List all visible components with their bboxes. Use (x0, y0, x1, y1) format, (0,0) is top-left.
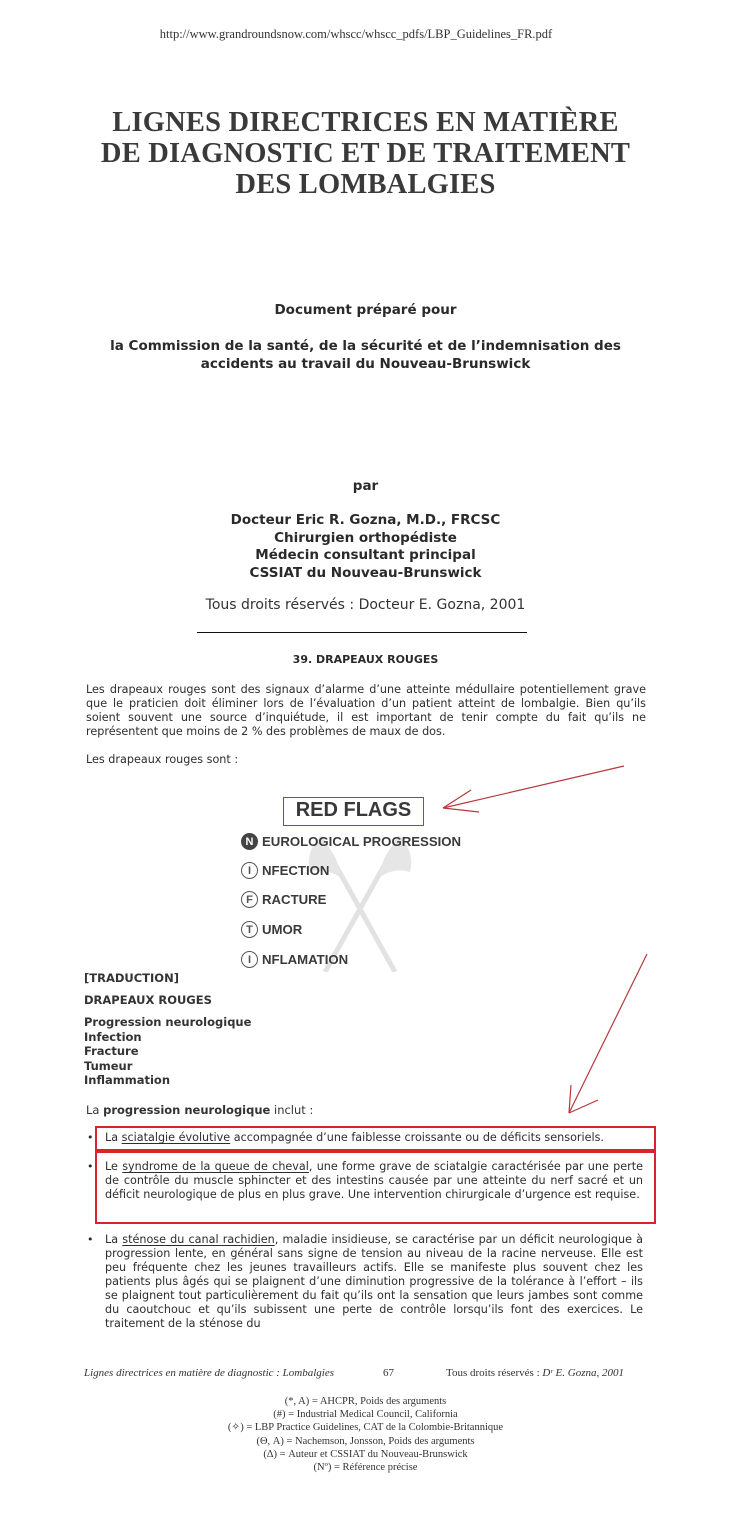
title-line: LIGNES DIRECTRICES EN MATIÈRE (0, 107, 731, 138)
footer-copyright-prefix: Tous droits réservés : (446, 1367, 542, 1379)
red-flag-item: I NFECTION (241, 862, 329, 879)
legend-item: (#) = Industrial Medical Council, Califo… (0, 1408, 731, 1421)
circled-letter-icon: N (241, 833, 258, 850)
highlight-box (95, 1126, 656, 1151)
red-flag-label: NFLAMATION (262, 952, 348, 967)
footer-copyright-author: Dʳ E. Gozna, 2001 (542, 1367, 624, 1379)
red-flag-item: T UMOR (241, 921, 302, 938)
intro-paragraph: Les drapeaux rouges sont des signaux d’a… (86, 683, 646, 739)
author-org: CSSIAT du Nouveau-Brunswick (0, 565, 731, 583)
legend-item: (*, A) = AHCPR, Poids des arguments (0, 1395, 731, 1408)
circled-letter-icon: I (241, 951, 258, 968)
footer-copyright: Tous droits réservés : Dʳ E. Gozna, 2001 (446, 1367, 624, 1379)
red-flag-label: UMOR (262, 922, 302, 937)
neuro-intro-prefix: La (86, 1103, 103, 1117)
highlight-box (95, 1151, 656, 1224)
arrow-icon (569, 954, 647, 1113)
red-flag-item: N EUROLOGICAL PROGRESSION (241, 833, 461, 850)
divider (197, 632, 527, 633)
commission-line: accidents au travail du Nouveau-Brunswic… (0, 355, 731, 373)
red-flag-label: RACTURE (262, 892, 326, 907)
circled-letter-icon: F (241, 891, 258, 908)
list-item: La sténose du canal rachidien, maladie i… (105, 1233, 643, 1331)
item-text: , maladie insidieuse, se caractérise par… (105, 1233, 643, 1330)
item-term: sténose du canal rachidien (122, 1233, 275, 1246)
author-role: Chirurgien orthopédiste (0, 530, 731, 548)
red-flag-item: I NFLAMATION (241, 951, 348, 968)
footer-doc-title: Lignes directrices en matière de diagnos… (84, 1367, 334, 1379)
bullet-icon: • (87, 1233, 94, 1246)
author-block: Docteur Eric R. Gozna, M.D., FRCSC Chiru… (0, 512, 731, 582)
translation-item: Infection (84, 1030, 251, 1045)
document-title: LIGNES DIRECTRICES EN MATIÈRE DE DIAGNOS… (0, 107, 731, 200)
red-flags-title: RED FLAGS (283, 799, 424, 822)
title-line: DE DIAGNOSTIC ET DE TRAITEMENT (0, 138, 731, 169)
arrow-icon (443, 766, 624, 812)
translation-item: Progression neurologique (84, 1015, 251, 1030)
prepared-for: Document préparé pour (0, 302, 731, 318)
circled-letter-icon: T (241, 921, 258, 938)
neuro-intro: La progression neurologique inclut : (86, 1103, 313, 1117)
translation-item: Fracture (84, 1044, 251, 1059)
translation-list: Progression neurologique Infection Fract… (84, 1015, 251, 1088)
bullet-icon: • (87, 1131, 94, 1144)
legend-item: (Δ) = Auteur et CSSIAT du Nouveau-Brunsw… (0, 1448, 731, 1461)
neuro-intro-suffix: inclut : (270, 1103, 313, 1117)
neuro-intro-bold: progression neurologique (103, 1103, 270, 1117)
by-label: par (0, 478, 731, 494)
translation-heading: DRAPEAUX ROUGES (84, 993, 212, 1007)
item-prefix: La (105, 1233, 122, 1246)
legend-item: (✧) = LBP Practice Guidelines, CAT de la… (0, 1421, 731, 1434)
translation-item: Inflammation (84, 1073, 251, 1088)
list-intro: Les drapeaux rouges sont : (86, 753, 646, 767)
red-flag-label: EUROLOGICAL PROGRESSION (262, 834, 461, 849)
commission-line: la Commission de la santé, de la sécurit… (0, 337, 731, 355)
evidence-legend: (*, A) = AHCPR, Poids des arguments (#) … (0, 1395, 731, 1474)
section-title: 39. DRAPEAUX ROUGES (0, 653, 731, 666)
commission-name: la Commission de la santé, de la sécurit… (0, 337, 731, 373)
red-flag-label: NFECTION (262, 863, 329, 878)
translation-tag: [TRADUCTION] (84, 971, 179, 985)
translation-item: Tumeur (84, 1059, 251, 1074)
legend-item: (Θ, A) = Nachemson, Jonsson, Poids des a… (0, 1435, 731, 1448)
author-role: Médecin consultant principal (0, 547, 731, 565)
bullet-icon: • (87, 1160, 94, 1173)
circled-letter-icon: I (241, 862, 258, 879)
page-number: 67 (383, 1367, 394, 1379)
title-line: DES LOMBALGIES (0, 169, 731, 200)
author-name: Docteur Eric R. Gozna, M.D., FRCSC (0, 512, 731, 530)
red-flag-item: F RACTURE (241, 891, 326, 908)
copyright: Tous droits réservés : Docteur E. Gozna,… (0, 597, 731, 613)
source-url: http://www.grandroundsnow.com/whscc/whsc… (0, 27, 712, 42)
legend-item: (Nº) = Référence précise (0, 1461, 731, 1474)
